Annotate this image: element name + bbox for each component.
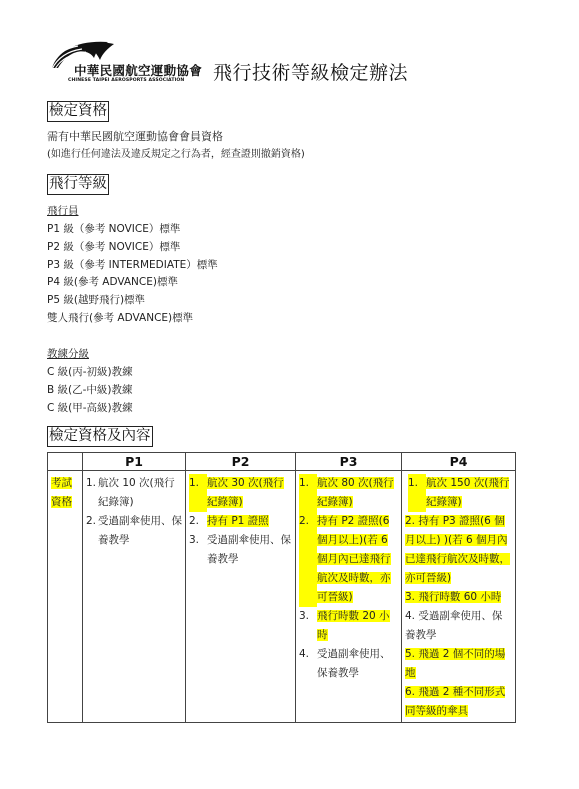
p2-cell: 1. 航次 30 次(飛行紀錄簿) 2. 持有 P1 證照 3. 受過副傘使用、… (186, 471, 296, 723)
requirement-item: 4. 受過副傘使用、保養教學 (405, 607, 512, 645)
logo-english-name: CHINESE TAIPEI AEROSPORTS ASSOCIATION (68, 78, 184, 83)
instructor-level-item: B 級(乙-中級)教練 (47, 383, 133, 397)
row-label: 資格 (51, 496, 72, 508)
pilot-level-item: P3 級（參考 INTERMEDIATE）標準 (47, 258, 218, 272)
requirement-item: 1. 航次 80 次(飛行紀錄簿) (299, 474, 398, 512)
p1-cell: 1. 航次 10 次(飛行紀錄簿) 2. 受過副傘使用、保養教學 (83, 471, 186, 723)
row-label-cell: 考試 資格 (48, 471, 83, 723)
eligibility-note: (如進行任何違法及違反規定之行為者，經查證則撤銷資格) (47, 148, 305, 162)
pilot-level-item: P4 級(參考 ADVANCE)標準 (47, 275, 178, 289)
requirement-item: 1. 航次 30 次(飛行紀錄簿) (189, 474, 292, 512)
pilot-level-item: P1 級（參考 NOVICE）標準 (47, 222, 180, 236)
table-header-row: P1 P2 P3 P4 (48, 453, 516, 471)
instructor-subheading: 教練分級 (47, 347, 89, 361)
table-row: 考試 資格 1. 航次 10 次(飛行紀錄簿) 2. 受過副傘使用、保養教學 1… (48, 471, 516, 723)
column-header-p2: P2 (186, 453, 296, 471)
requirement-item: 1. 航次 10 次(飛行紀錄簿) (86, 474, 182, 512)
requirement-item: 2. 持有 P1 證照 (189, 512, 292, 531)
requirement-item: 3. 受過副傘使用、保養教學 (189, 531, 292, 569)
column-header-p3: P3 (296, 453, 402, 471)
pilot-level-item: P2 級（參考 NOVICE）標準 (47, 240, 180, 254)
requirement-item: 3. 飛行時數 20 小時 (299, 607, 398, 645)
qualification-table: P1 P2 P3 P4 考試 資格 1. 航次 10 次(飛行紀錄簿) 2. 受… (47, 452, 516, 723)
p3-cell: 1. 航次 80 次(飛行紀錄簿) 2. 持有 P2 證照(6 個月以上)(若 … (296, 471, 402, 723)
requirement-item: 2. 受過副傘使用、保養教學 (86, 512, 182, 550)
column-header-blank (48, 453, 83, 471)
requirement-item: 1. 航次 150 次(飛行紀錄簿) (405, 474, 512, 512)
instructor-level-item: C 級(甲-高級)教練 (47, 401, 133, 415)
requirement-item: 2. 持有 P2 證照(6 個月以上)(若 6 個月內已達飛行航次及時數，亦可晉… (299, 512, 398, 607)
section-heading-content: 檢定資格及內容 (47, 426, 153, 447)
logo-chinese-name: 中華民國航空運動協會 (74, 61, 202, 79)
column-header-p4: P4 (402, 453, 516, 471)
pilot-subheading: 飛行員 (47, 204, 79, 218)
p4-cell: 1. 航次 150 次(飛行紀錄簿) 2. 持有 P3 證照(6 個月以上) )… (402, 471, 516, 723)
pilot-level-item: 雙人飛行(參考 ADVANCE)標準 (47, 311, 193, 325)
association-logo: 中華民國航空運動協會 CHINESE TAIPEI AEROSPORTS ASS… (48, 38, 200, 88)
column-header-p1: P1 (83, 453, 186, 471)
requirement-item: 3. 飛行時數 60 小時 (405, 588, 512, 607)
requirement-item: 5. 飛過 2 個不同的場地 (405, 645, 512, 683)
section-heading-levels: 飛行等級 (47, 174, 109, 195)
section-heading-eligibility: 檢定資格 (47, 101, 109, 122)
pilot-level-item: P5 級(越野飛行)標準 (47, 293, 145, 307)
eligibility-line: 需有中華民國航空運動協會會員資格 (47, 130, 223, 144)
instructor-level-item: C 級(丙-初級)教練 (47, 365, 133, 379)
row-label: 考試 (51, 477, 72, 489)
requirement-item: 4. 受過副傘使用、保養教學 (299, 645, 398, 683)
requirement-item: 2. 持有 P3 證照(6 個月以上) )(若 6 個月內已達飛行航次及時數，亦… (405, 512, 512, 588)
document-title: 飛行技術等級檢定辦法 (213, 58, 408, 85)
requirement-item: 6. 飛過 2 種不同形式同等級的傘具 (405, 683, 512, 721)
